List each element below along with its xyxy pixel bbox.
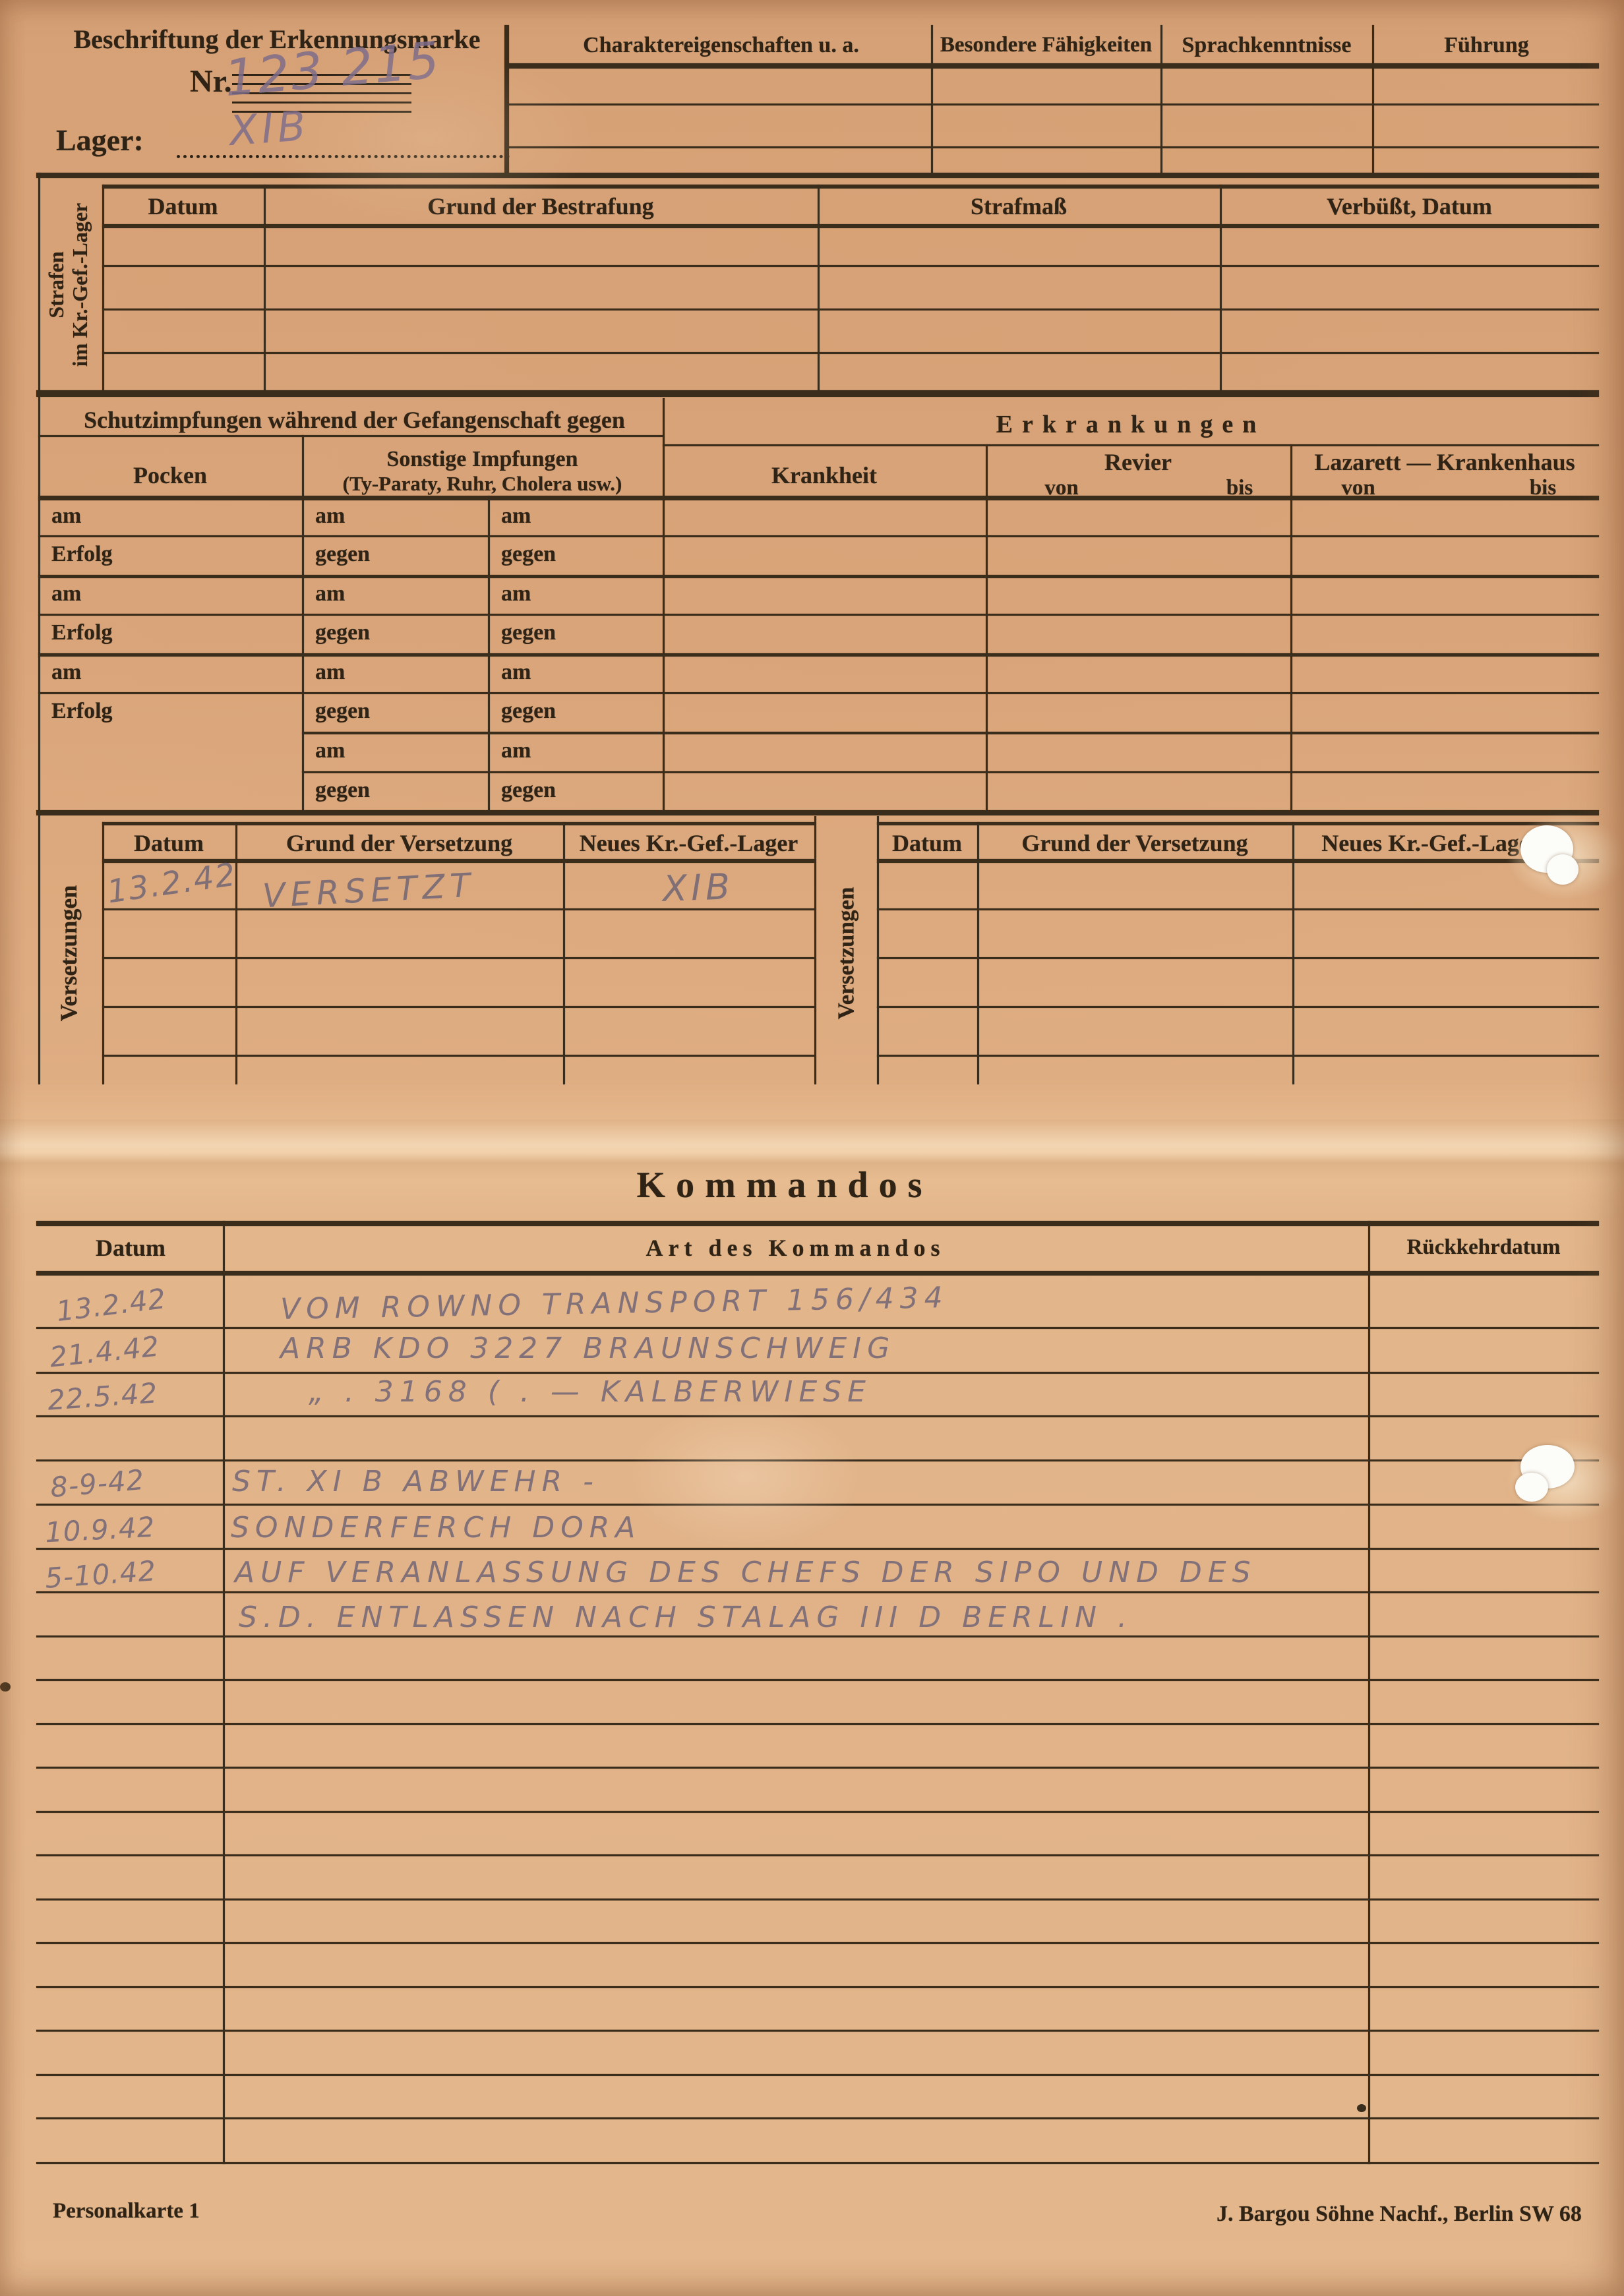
- strafen-side-label-line2: im Kr.-Gef.-Lager: [69, 203, 92, 367]
- punch-hole: [1547, 854, 1579, 885]
- col-lazarett: Lazarett — Krankenhaus: [1290, 448, 1599, 476]
- rule-line: [36, 2030, 1599, 2032]
- kommando-entry-datum: 21.4.42: [48, 1330, 162, 1373]
- rule-line: [877, 822, 1599, 825]
- divider: [814, 816, 816, 1084]
- rule-line: [38, 535, 1599, 537]
- rule-line: [36, 1635, 1599, 1637]
- erkrankungen-header: Erkrankungen: [663, 410, 1599, 439]
- impf-erfolg-label: Erfolg: [51, 699, 113, 724]
- divider: [1368, 1221, 1370, 2164]
- top-col-besondere-faehigkeiten: Besondere Fähigkeiten: [933, 33, 1159, 57]
- divider: [504, 25, 509, 173]
- versetzungen-col-datum: Datum: [102, 829, 235, 857]
- kommando-entry-text: SONDERFERCH DORA: [231, 1511, 641, 1545]
- kommando-entry-datum: 5-10.42: [44, 1554, 157, 1595]
- impf-am-label: am: [501, 660, 531, 685]
- kommando-entry-datum: 22.5.42: [46, 1376, 158, 1417]
- versetzungen-col-datum: Datum: [877, 829, 977, 857]
- impf-am-label: am: [315, 738, 345, 763]
- rule-line: [302, 732, 1599, 734]
- versetzungen-side-label-left: Versetzungen: [55, 885, 82, 1022]
- rule-line: [38, 575, 1599, 578]
- rule-line: [508, 146, 1599, 148]
- rule-line: [102, 265, 1599, 267]
- versetzungen-col-grund: Grund der Versetzung: [977, 829, 1292, 857]
- rule-line: [36, 1504, 1599, 1506]
- paper-blotch: [626, 1404, 864, 1549]
- versetzungen-col-grund: Grund der Versetzung: [235, 829, 563, 857]
- strafen-col-datum: Datum: [102, 192, 264, 220]
- impf-gegen-label: gegen: [501, 778, 556, 803]
- rule-line: [36, 2074, 1599, 2076]
- impf-gegen-label: gegen: [501, 699, 556, 724]
- top-col-fuehrung: Führung: [1374, 33, 1599, 58]
- lager-label: Lager:: [56, 123, 144, 158]
- rule-line: [36, 1811, 1599, 1813]
- ink-speck: [1357, 2104, 1366, 2112]
- rule-line: [508, 63, 1599, 69]
- impf-erfolg-label: Erfolg: [51, 542, 113, 567]
- strafen-col-grund: Grund der Bestrafung: [264, 192, 818, 220]
- divider: [302, 435, 304, 810]
- impfungen-header: Schutzimpfungen während der Gefangenscha…: [46, 406, 663, 434]
- top-col-charaktereigenschaften: Charaktereigenschaften u. a.: [511, 33, 931, 58]
- rule-line: [38, 496, 1599, 500]
- impf-am-label: am: [51, 504, 81, 529]
- footer-personalkarte: Personalkarte 1: [53, 2199, 200, 2223]
- rule-line: [38, 653, 1599, 657]
- rule-line: [38, 435, 663, 437]
- footer-printer: J. Bargou Söhne Nachf., Berlin SW 68: [1217, 2202, 1582, 2227]
- impf-am-label: am: [315, 581, 345, 606]
- impf-gegen-label: gegen: [315, 778, 370, 803]
- impf-am-label: am: [51, 660, 81, 685]
- impf-erfolg-label: Erfolg: [51, 620, 113, 645]
- rule-line: [36, 2117, 1599, 2119]
- rule-line: [877, 859, 1599, 863]
- rule-line: [102, 1055, 814, 1057]
- rule-line: [36, 1854, 1599, 1856]
- section-border: [36, 1221, 1599, 1226]
- impf-gegen-label: gegen: [315, 620, 370, 645]
- versetzungen-side-label-middle: Versetzungen: [833, 887, 858, 1020]
- section-border: [36, 173, 1599, 178]
- impf-gegen-label: gegen: [315, 699, 370, 724]
- rule-line: [36, 1271, 1599, 1276]
- rule-line: [36, 1327, 1599, 1329]
- versetzungen-col-neues-lager: Neues Kr.-Gef.-Lager: [563, 829, 814, 857]
- col-pocken: Pocken: [38, 461, 302, 489]
- strafen-side-label: Strafen im Kr.-Gef.-Lager: [45, 203, 92, 367]
- rule-line: [102, 1006, 814, 1008]
- strafen-col-verbuesst: Verbüßt, Datum: [1220, 192, 1599, 220]
- impf-gegen-label: gegen: [501, 542, 556, 567]
- rule-line: [38, 614, 1599, 616]
- versetzung-entry-lager: XIB: [662, 866, 735, 910]
- ink-speck: [0, 1682, 11, 1692]
- strafen-col-strafmass: Strafmaß: [818, 192, 1220, 220]
- col-revier: Revier: [986, 448, 1290, 476]
- rule-line: [36, 1372, 1599, 1374]
- kommando-entry-text: „ . 3168 ( . — KALBERWIESE: [309, 1375, 872, 1409]
- kommando-entry-text: S.D. ENTLASSEN NACH STALAG III D BERLIN …: [239, 1601, 1133, 1634]
- rule-line: [508, 103, 1599, 105]
- rule-line: [36, 1986, 1599, 1988]
- divider: [223, 1221, 225, 2164]
- rule-line: [302, 771, 1599, 773]
- section-border: [36, 810, 1599, 815]
- personalkarte-document: Beschriftung der Erkennungsmarke Nr. 123…: [0, 0, 1624, 2296]
- rule-line: [102, 309, 1599, 310]
- rule-line: [36, 1459, 1599, 1461]
- lager-dotted-line: [177, 129, 510, 158]
- rule-line: [36, 1767, 1599, 1769]
- impf-am-label: am: [315, 504, 345, 529]
- impf-am-label: am: [315, 660, 345, 685]
- section-border: [36, 390, 1599, 397]
- col-sonstige-impfungen: Sonstige Impfungen: [302, 447, 663, 472]
- impf-gegen-label: gegen: [501, 620, 556, 645]
- impf-am-label: am: [51, 581, 81, 606]
- kommando-entry-text: VOM ROWNO TRANSPORT 156/434: [280, 1281, 949, 1326]
- kommando-entry-text: ST. XI B ABWEHR -: [232, 1465, 599, 1498]
- kommando-entry-datum: 10.9.42: [44, 1511, 156, 1549]
- kommando-entry-text: ARB KDO 3227 BRAUNSCHWEIG: [280, 1332, 895, 1365]
- rule-line: [36, 1548, 1599, 1550]
- rule-line: [877, 908, 1599, 910]
- impf-am-label: am: [501, 581, 531, 606]
- rule-line: [38, 692, 1599, 694]
- strafen-side-label-line1: Strafen: [45, 203, 69, 367]
- rule-line: [36, 1415, 1599, 1417]
- divider: [663, 398, 665, 810]
- impf-gegen-label: gegen: [315, 542, 370, 567]
- kommando-entry-text: AUF VERANLASSUNG DES CHEFS DER SIPO UND …: [235, 1556, 1257, 1589]
- rule-line: [877, 1055, 1599, 1057]
- rule-line: [663, 444, 1599, 446]
- col-krankheit: Krankheit: [663, 461, 986, 489]
- kommandos-col-datum: Datum: [38, 1234, 223, 1262]
- kommando-entry-datum: 8-9-42: [49, 1463, 146, 1504]
- rule-line: [102, 957, 814, 959]
- rule-line: [36, 2162, 1599, 2164]
- rule-line: [36, 1723, 1599, 1725]
- kommandos-title: Kommandos: [580, 1164, 989, 1206]
- card-left-border: [38, 173, 40, 1084]
- rule-line: [877, 957, 1599, 959]
- col-sonstige-impfungen-sub: (Ty-Paraty, Ruhr, Cholera usw.): [302, 472, 663, 496]
- kommandos-col-art: Art des Kommandos: [223, 1234, 1368, 1262]
- rule-line: [36, 1679, 1599, 1681]
- rule-line: [102, 822, 814, 825]
- lager-handwritten-value: XIB: [228, 102, 311, 155]
- rule-line: [102, 224, 1599, 228]
- impf-am-label: am: [501, 738, 531, 763]
- kommando-entry-datum: 13.2.42: [55, 1282, 168, 1328]
- rule-line: [102, 185, 1599, 189]
- rule-line: [36, 1591, 1599, 1593]
- rule-line: [36, 1899, 1599, 1900]
- rule-line: [102, 908, 814, 910]
- punch-hole: [1515, 1473, 1548, 1502]
- rule-line: [36, 1942, 1599, 1944]
- kommandos-col-rueckkehrdatum: Rückkehrdatum: [1368, 1235, 1599, 1260]
- rule-line: [877, 1006, 1599, 1008]
- impf-am-label: am: [501, 504, 531, 529]
- top-col-sprachkenntnisse: Sprachkenntnisse: [1162, 33, 1371, 58]
- rule-line: [102, 352, 1599, 354]
- versetzung-entry-datum: 13.2.42: [105, 856, 239, 911]
